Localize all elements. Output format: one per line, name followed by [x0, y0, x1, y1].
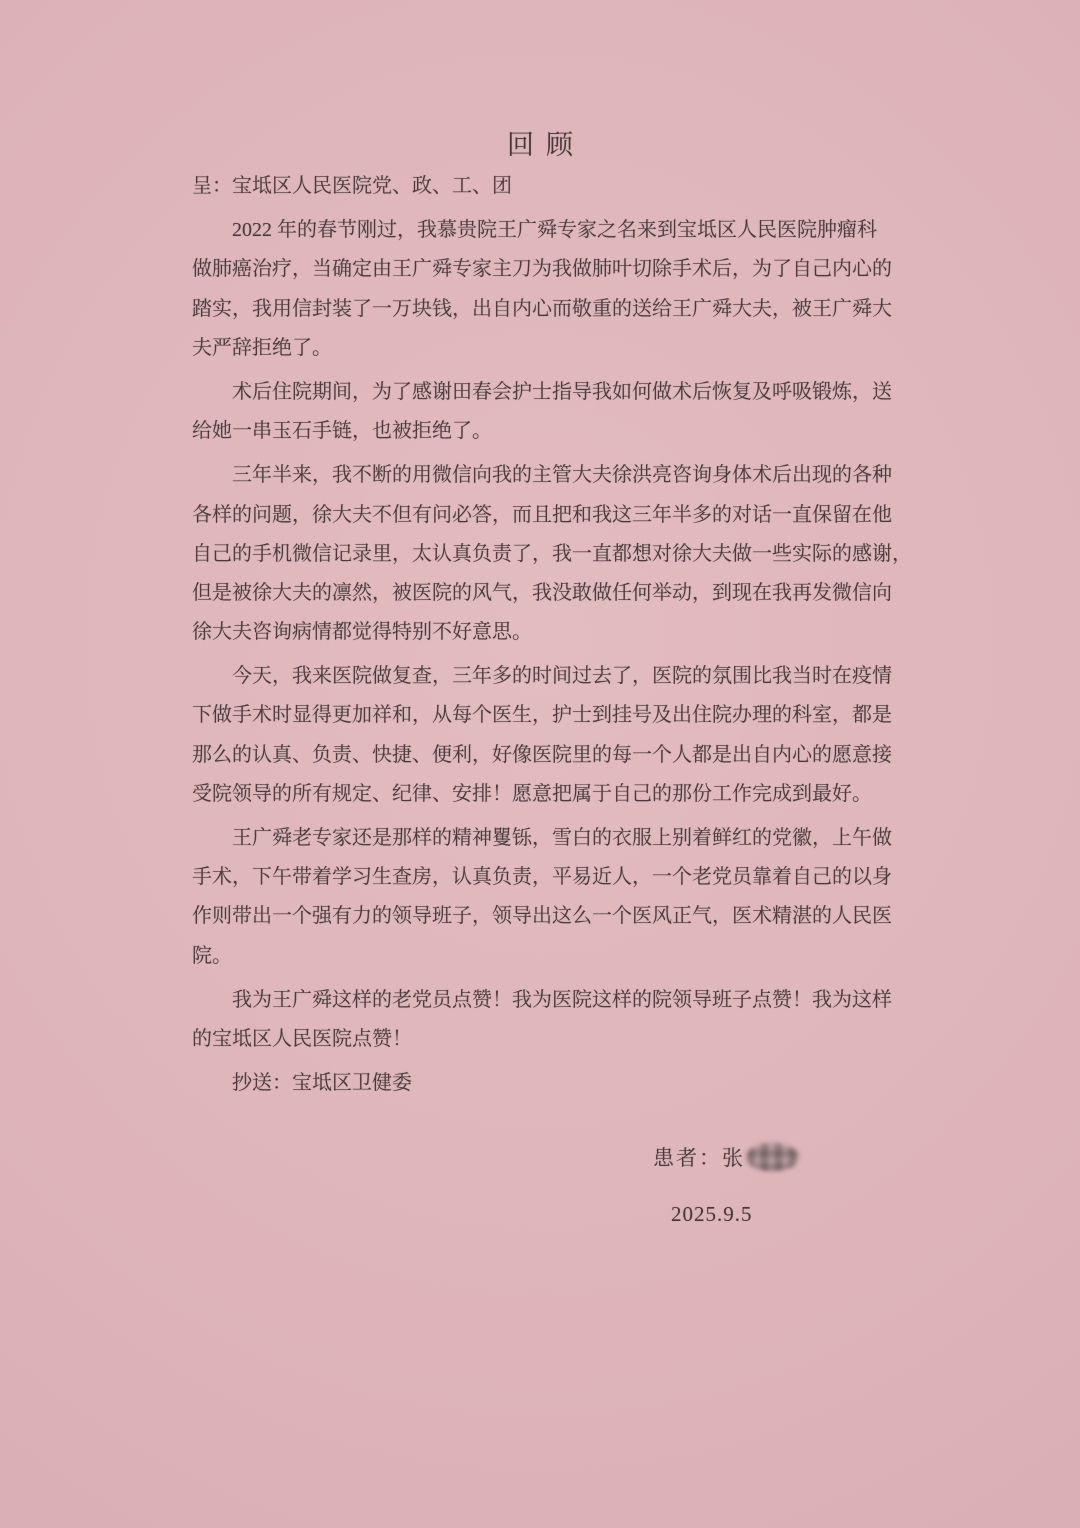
paragraph: 术后住院期间，为了感谢田春会护士指导我如何做术后恢复及呼吸锻炼，送给她一串玉石手… [192, 373, 916, 451]
letter-line: 王广舜老专家还是那样的精神矍铄，雪白的衣服上别着鲜红的党徽，上午做 [192, 819, 916, 858]
letter-line: 徐大夫咨询病情都觉得特别不好意思。 [192, 613, 916, 652]
letter-line: 的宝坻区人民医院点赞！ [192, 1020, 916, 1059]
letter-body: 呈：宝坻区人民医院党、政、工、团 2022 年的春节刚过，我慕贵院王广舜专家之名… [192, 167, 916, 1108]
letter-line: 抄送：宝坻区卫健委 [192, 1064, 916, 1103]
letter-line: 院。 [192, 937, 916, 976]
letter-line: 做肺癌治疗，当确定由王广舜专家主刀为我做肺叶切除手术后，为了自己内心的 [192, 250, 916, 289]
redacted-patient-name [747, 1143, 799, 1171]
paragraph: 抄送：宝坻区卫健委 [192, 1064, 916, 1103]
letter-line: 呈：宝坻区人民医院党、政、工、团 [192, 167, 916, 206]
letter-line: 下做手术时显得更加祥和，从每个医生，护士到挂号及出住院办理的科室，都是 [192, 696, 916, 735]
paragraph: 三年半来，我不断的用微信向我的主管大夫徐洪亮咨询身体术后出现的各种各样的问题，徐… [192, 456, 916, 652]
signature-row: 患者：张 [653, 1142, 799, 1172]
letter-line: 那么的认真、负责、快捷、便利，好像医院里的每一个人都是出自内心的愿意接 [192, 736, 916, 775]
letter-line: 自己的手机微信记录里，太认真负责了，我一直都想对徐大夫做一些实际的感谢， [192, 535, 916, 574]
patient-signature-label: 患者：张 [653, 1142, 745, 1172]
paragraph: 2022 年的春节刚过，我慕贵院王广舜专家之名来到宝坻区人民医院肿瘤科做肺癌治疗… [192, 211, 916, 368]
letter-line: 踏实，我用信封装了一万块钱，出自内心而敬重的送给王广舜大夫，被王广舜大 [192, 290, 916, 329]
paragraph: 王广舜老专家还是那样的精神矍铄，雪白的衣服上别着鲜红的党徽，上午做手术，下午带着… [192, 819, 916, 976]
letter-line: 各样的问题，徐大夫不但有问必答，而且把和我这三年半多的对话一直保留在他 [192, 496, 916, 535]
letter-line: 给她一串玉石手链，也被拒绝了。 [192, 412, 916, 451]
letter-line: 我为王广舜这样的老党员点赞！我为医院这样的院领导班子点赞！我为这样 [192, 981, 916, 1020]
letter-line: 今天，我来医院做复查，三年多的时间过去了，医院的氛围比我当时在疫情 [192, 657, 916, 696]
letter-line: 术后住院期间，为了感谢田春会护士指导我如何做术后恢复及呼吸锻炼，送 [192, 373, 916, 412]
letter-line: 但是被徐大夫的凛然，被医院的风气，我没敢做任何举动，到现在我再发微信向 [192, 574, 916, 613]
letter-line: 手术，下午带着学习生查房，认真负责，平易近人，一个老党员靠着自己的以身 [192, 858, 916, 897]
paragraph: 呈：宝坻区人民医院党、政、工、团 [192, 167, 916, 206]
letter-line: 受院领导的所有规定、纪律、安排！愿意把属于自己的那份工作完成到最好。 [192, 775, 916, 814]
paragraph: 我为王广舜这样的老党员点赞！我为医院这样的院领导班子点赞！我为这样的宝坻区人民医… [192, 981, 916, 1059]
letter-date: 2025.9.5 [671, 1202, 753, 1227]
letter-page: 回顾 呈：宝坻区人民医院党、政、工、团 2022 年的春节刚过，我慕贵院王广舜专… [0, 0, 1080, 1528]
letter-line: 2022 年的春节刚过，我慕贵院王广舜专家之名来到宝坻区人民医院肿瘤科 [192, 211, 916, 250]
letter-line: 夫严辞拒绝了。 [192, 329, 916, 368]
letter-line: 作则带出一个强有力的领导班子，领导出这么一个医风正气，医术精湛的人民医 [192, 897, 916, 936]
letter-title: 回顾 [0, 123, 1080, 162]
paragraph: 今天，我来医院做复查，三年多的时间过去了，医院的氛围比我当时在疫情下做手术时显得… [192, 657, 916, 814]
letter-line: 三年半来，我不断的用微信向我的主管大夫徐洪亮咨询身体术后出现的各种 [192, 456, 916, 495]
